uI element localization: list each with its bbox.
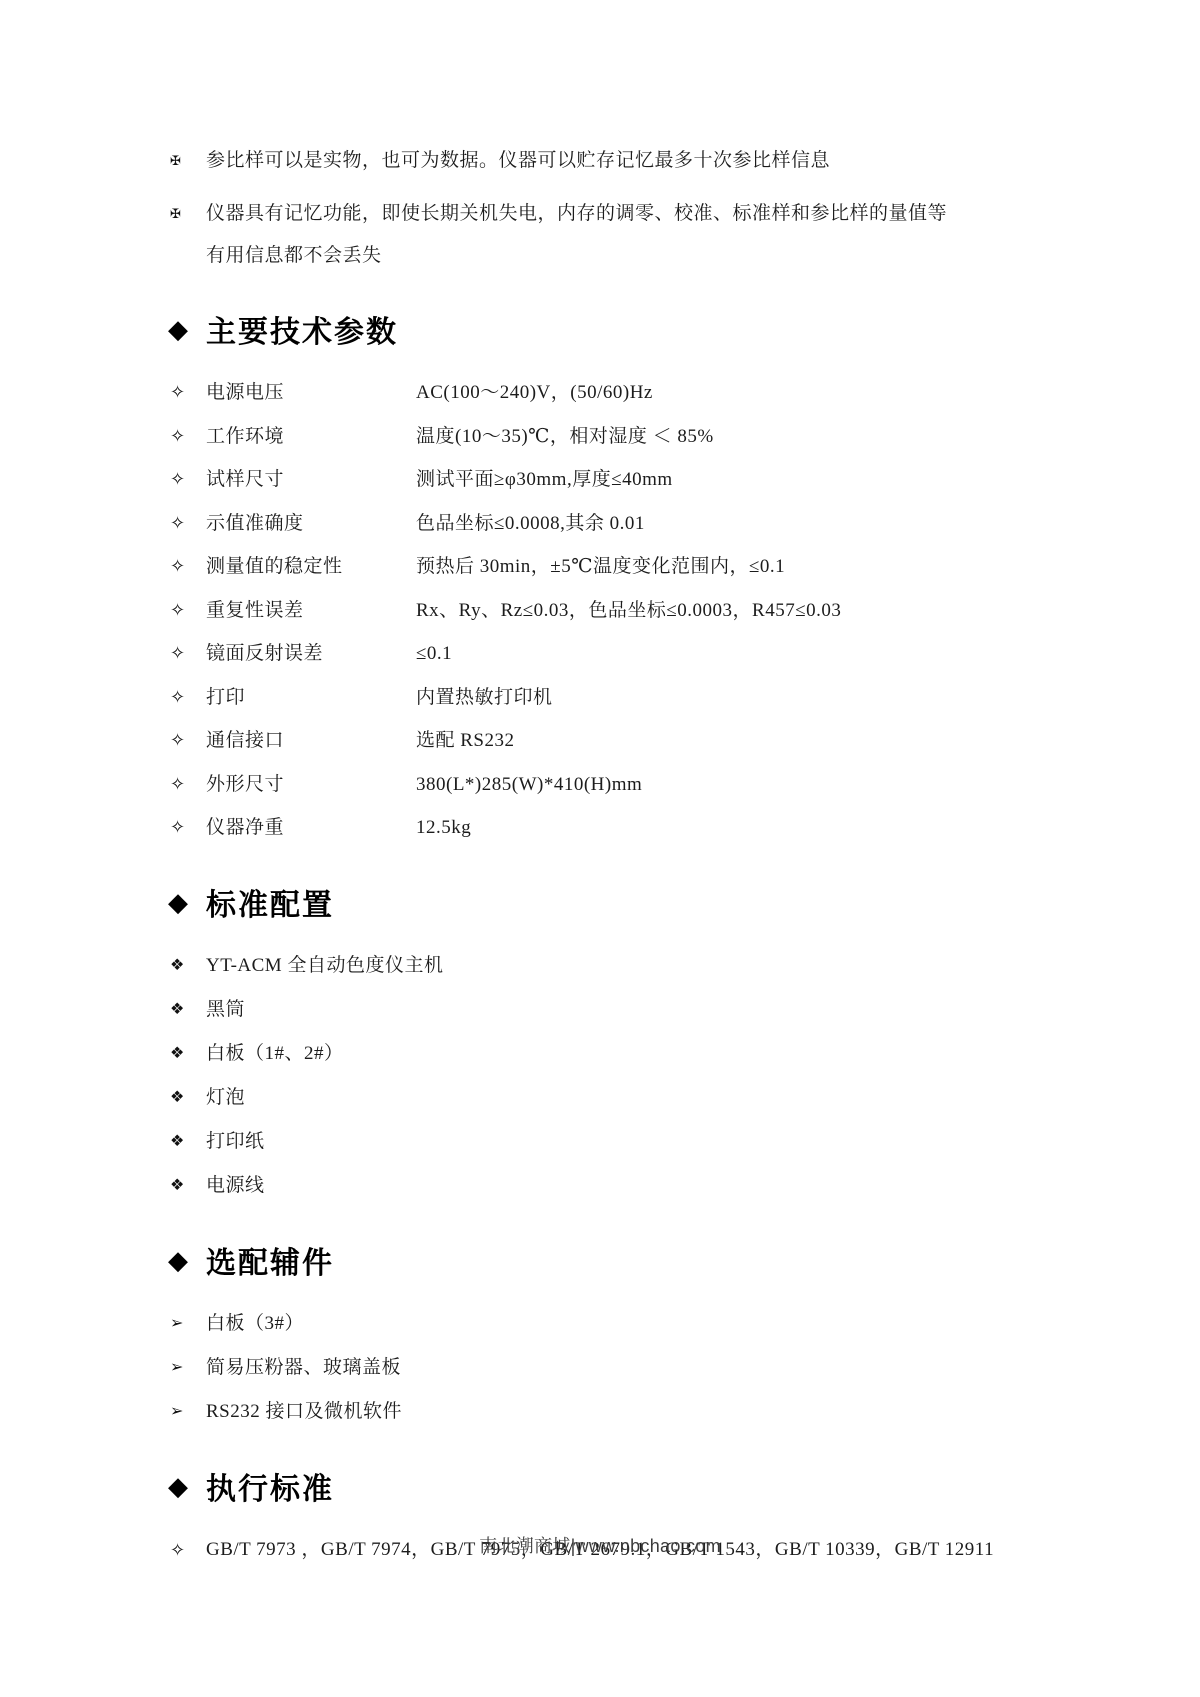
- arrowhead-icon: ➢: [170, 1302, 206, 1346]
- table-row: ✧ 通信接口 选配 RS232: [170, 719, 1110, 763]
- footer-text: 南北潮商城|www.nbchao.com: [479, 1536, 721, 1556]
- spec-value: 预热后 30min，±5℃温度变化范围内，≤0.1: [416, 545, 785, 589]
- arrowhead-icon: ➢: [170, 1390, 206, 1434]
- list-item-label: 黑筒: [206, 988, 245, 1032]
- spec-label: 测量值的稳定性: [206, 545, 416, 589]
- list-item: ❖ 打印纸: [170, 1120, 1110, 1164]
- table-row: ✧ 重复性误差 Rx、Ry、Rz≤0.03，色品坐标≤0.0003，R457≤0…: [170, 589, 1110, 633]
- section-heading-label: 主要技术参数: [206, 307, 398, 351]
- table-row: ✧ 镜面反射误差 ≤0.1: [170, 632, 1110, 676]
- list-item: ➢ 白板（3#）: [170, 1302, 1110, 1346]
- tech-spec-list: ✧ 电源电压 AC(100～240)V，(50/60)Hz ✧ 工作环境 温度(…: [170, 371, 1110, 850]
- intro-bullet-list: ✠ 参比样可以是实物，也可为数据。仪器可以贮存记忆最多十次参比样信息 ✠ 仪器具…: [170, 140, 1110, 277]
- diamond-cluster-icon: ❖: [170, 1120, 206, 1164]
- diamond-cluster-icon: ❖: [170, 1032, 206, 1076]
- table-row: ✧ 电源电压 AC(100～240)V，(50/60)Hz: [170, 371, 1110, 415]
- document-page: ✠ 参比样可以是实物，也可为数据。仪器可以贮存记忆最多十次参比样信息 ✠ 仪器具…: [0, 0, 1200, 1697]
- four-pointed-star-icon: ✧: [170, 589, 206, 633]
- four-pointed-star-icon: ✧: [170, 502, 206, 546]
- section-heading-label: 选配辅件: [206, 1238, 334, 1282]
- list-item: ❖ 黑筒: [170, 988, 1110, 1032]
- list-item: ➢ 简易压粉器、玻璃盖板: [170, 1346, 1110, 1390]
- intro-text: 参比样可以是实物，也可为数据。仪器可以贮存记忆最多十次参比样信息: [206, 140, 830, 182]
- section-heading-tech-params: ◆ 主要技术参数: [168, 307, 1110, 351]
- table-row: ✧ 外形尺寸 380(L*)285(W)*410(H)mm: [170, 763, 1110, 807]
- four-pointed-star-icon: ✧: [170, 415, 206, 459]
- list-item-label: 白板（1#、2#）: [206, 1032, 344, 1076]
- list-item-label: 灯泡: [206, 1076, 245, 1120]
- list-item: ❖ 白板（1#、2#）: [170, 1032, 1110, 1076]
- table-row: ✧ 测量值的稳定性 预热后 30min，±5℃温度变化范围内，≤0.1: [170, 545, 1110, 589]
- black-diamond-icon: ◆: [168, 889, 190, 915]
- diamond-cluster-icon: ❖: [170, 988, 206, 1032]
- intro-line: 参比样可以是实物，也可为数据。仪器可以贮存记忆最多十次参比样信息: [206, 140, 830, 182]
- list-item-label: YT-ACM 全自动色度仪主机: [206, 944, 443, 988]
- spec-value: AC(100～240)V，(50/60)Hz: [416, 371, 653, 415]
- spec-value: 12.5kg: [416, 806, 471, 850]
- spec-label: 通信接口: [206, 719, 416, 763]
- list-item: ❖ YT-ACM 全自动色度仪主机: [170, 944, 1110, 988]
- section-heading-label: 标准配置: [206, 880, 334, 924]
- intro-line: 仪器具有记忆功能，即使长期关机失电，内存的调零、校准、标准样和参比样的量值等: [206, 193, 947, 235]
- spec-value: 温度(10～35)℃，相对湿度 ＜ 85%: [416, 415, 714, 459]
- table-row: ✧ 工作环境 温度(10～35)℃，相对湿度 ＜ 85%: [170, 415, 1110, 459]
- spec-label: 仪器净重: [206, 806, 416, 850]
- four-pointed-star-icon: ✧: [170, 763, 206, 807]
- optional-accessories-list: ➢ 白板（3#） ➢ 简易压粉器、玻璃盖板 ➢ RS232 接口及微机软件: [170, 1302, 1110, 1434]
- list-item-label: 简易压粉器、玻璃盖板: [206, 1346, 401, 1390]
- diamond-cluster-icon: ❖: [170, 1076, 206, 1120]
- list-item-label: 电源线: [206, 1164, 265, 1208]
- table-row: ✧ 仪器净重 12.5kg: [170, 806, 1110, 850]
- table-row: ✧ 打印 内置热敏打印机: [170, 676, 1110, 720]
- diamond-cluster-icon: ❖: [170, 1164, 206, 1208]
- spec-label: 试样尺寸: [206, 458, 416, 502]
- four-pointed-star-icon: ✧: [170, 545, 206, 589]
- black-diamond-icon: ◆: [168, 1247, 190, 1273]
- four-pointed-star-icon: ✧: [170, 371, 206, 415]
- spec-label: 镜面反射误差: [206, 632, 416, 676]
- four-pointed-star-icon: ✧: [170, 719, 206, 763]
- table-row: ✧ 试样尺寸 测试平面≥φ30mm,厚度≤40mm: [170, 458, 1110, 502]
- list-item: ❖ 电源线: [170, 1164, 1110, 1208]
- list-item: ❖ 灯泡: [170, 1076, 1110, 1120]
- intro-line: 有用信息都不会丢失: [206, 235, 947, 277]
- list-item-label: RS232 接口及微机软件: [206, 1390, 402, 1434]
- four-pointed-star-icon: ✧: [170, 632, 206, 676]
- section-heading-label: 执行标准: [206, 1464, 334, 1508]
- spec-value: 380(L*)285(W)*410(H)mm: [416, 763, 642, 807]
- spec-label: 外形尺寸: [206, 763, 416, 807]
- spec-value: ≤0.1: [416, 632, 452, 676]
- spec-label: 重复性误差: [206, 589, 416, 633]
- spec-label: 示值准确度: [206, 502, 416, 546]
- maltese-cross-icon: ✠: [170, 193, 206, 235]
- table-row: ✧ 示值准确度 色品坐标≤0.0008,其余 0.01: [170, 502, 1110, 546]
- spec-value: Rx、Ry、Rz≤0.03，色品坐标≤0.0003，R457≤0.03: [416, 589, 841, 633]
- spec-label: 工作环境: [206, 415, 416, 459]
- spec-value: 内置热敏打印机: [416, 676, 553, 720]
- four-pointed-star-icon: ✧: [170, 806, 206, 850]
- spec-value: 色品坐标≤0.0008,其余 0.01: [416, 502, 645, 546]
- list-item: ➢ RS232 接口及微机软件: [170, 1390, 1110, 1434]
- list-item: ✠ 仪器具有记忆功能，即使长期关机失电，内存的调零、校准、标准样和参比样的量值等…: [170, 193, 1110, 277]
- spec-value: 选配 RS232: [416, 719, 515, 763]
- black-diamond-icon: ◆: [168, 316, 190, 342]
- spec-label: 电源电压: [206, 371, 416, 415]
- four-pointed-star-icon: ✧: [170, 458, 206, 502]
- standard-config-list: ❖ YT-ACM 全自动色度仪主机 ❖ 黑筒 ❖ 白板（1#、2#） ❖ 灯泡 …: [170, 944, 1110, 1208]
- spec-label: 打印: [206, 676, 416, 720]
- spec-value: 测试平面≥φ30mm,厚度≤40mm: [416, 458, 673, 502]
- list-item-label: 白板（3#）: [206, 1302, 304, 1346]
- list-item: ✠ 参比样可以是实物，也可为数据。仪器可以贮存记忆最多十次参比样信息: [170, 140, 1110, 182]
- section-heading-optional-accessories: ◆ 选配辅件: [168, 1238, 1110, 1282]
- black-diamond-icon: ◆: [168, 1473, 190, 1499]
- four-pointed-star-icon: ✧: [170, 676, 206, 720]
- section-heading-executive-standards: ◆ 执行标准: [168, 1464, 1110, 1508]
- section-heading-standard-config: ◆ 标准配置: [168, 880, 1110, 924]
- page-footer: 南北潮商城|www.nbchao.com: [0, 1532, 1200, 1558]
- maltese-cross-icon: ✠: [170, 140, 206, 182]
- diamond-cluster-icon: ❖: [170, 944, 206, 988]
- arrowhead-icon: ➢: [170, 1346, 206, 1390]
- list-item-label: 打印纸: [206, 1120, 265, 1164]
- intro-text: 仪器具有记忆功能，即使长期关机失电，内存的调零、校准、标准样和参比样的量值等 有…: [206, 193, 947, 277]
